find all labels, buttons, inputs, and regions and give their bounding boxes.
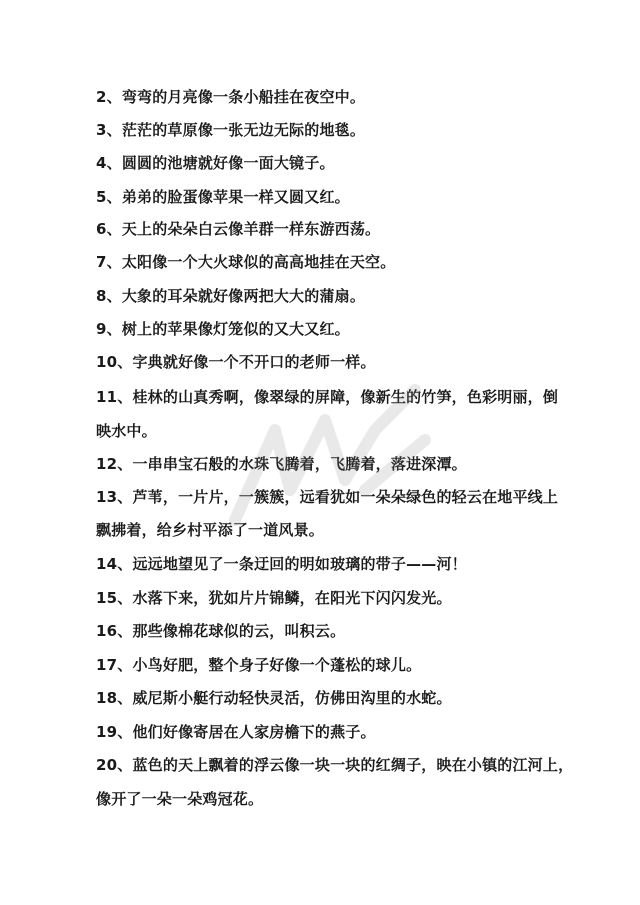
sentence-line: 13、芦苇，一片片，一簇簇，远看犹如一朵朵绿色的轻云在地平线上 [96, 487, 558, 507]
sentence-line: 12、一串串宝石般的水珠飞腾着，飞腾着，落进深潭。 [96, 454, 467, 474]
sentence-line: 飘拂着，给乡村平添了一道风景。 [96, 520, 324, 540]
sentence-line: 4、圆圆的池塘就好像一面大镜子。 [96, 153, 335, 173]
sentence-line: 16、那些像棉花球似的云，叫积云。 [96, 621, 345, 641]
sentence-line: 19、他们好像寄居在人家房檐下的燕子。 [96, 722, 376, 742]
sentence-line: 8、大象的耳朵就好像两把大大的蒲扇。 [96, 286, 365, 306]
sentence-line: 3、茫茫的草原像一张无边无际的地毯。 [96, 120, 365, 140]
sentence-line: 像开了一朵一朵鸡冠花。 [96, 789, 263, 809]
sentence-line: 14、远远地望见了一条迂回的明如玻璃的带子——河！ [96, 554, 467, 574]
sentence-line: 6、天上的朵朵白云像羊群一样东游西荡。 [96, 219, 380, 239]
sentence-line: 7、太阳像一个大火球似的高高地挂在天空。 [96, 252, 395, 272]
sentence-line: 9、树上的苹果像灯笼似的又大又红。 [96, 319, 350, 339]
sentence-line: 17、小鸟好肥，整个身子好像一个蓬松的球儿。 [96, 655, 421, 675]
document-page: 2、弯弯的月亮像一条小船挂在夜空中。3、茫茫的草原像一张无边无际的地毯。4、圆圆… [0, 0, 640, 905]
sentence-line: 10、字典就好像一个不开口的老师一样。 [96, 352, 376, 372]
sentence-line: 11、桂林的山真秀啊，像翠绿的屏障，像新生的竹笋，色彩明丽，倒 [96, 387, 558, 407]
sentence-line: 映水中。 [96, 421, 157, 441]
sentence-line: 2、弯弯的月亮像一条小船挂在夜空中。 [96, 87, 365, 107]
sentence-line: 5、弟弟的脸蛋像苹果一样又圆又红。 [96, 187, 350, 207]
sentence-line: 15、水落下来，犹如片片锦鳞，在阳光下闪闪发光。 [96, 588, 452, 608]
sentence-line: 20、蓝色的天上飘着的浮云像一块一块的红绸子，映在小镇的江河上， [96, 755, 573, 775]
sentence-line: 18、威尼斯小艇行动轻快灵活，仿佛田沟里的水蛇。 [96, 688, 452, 708]
